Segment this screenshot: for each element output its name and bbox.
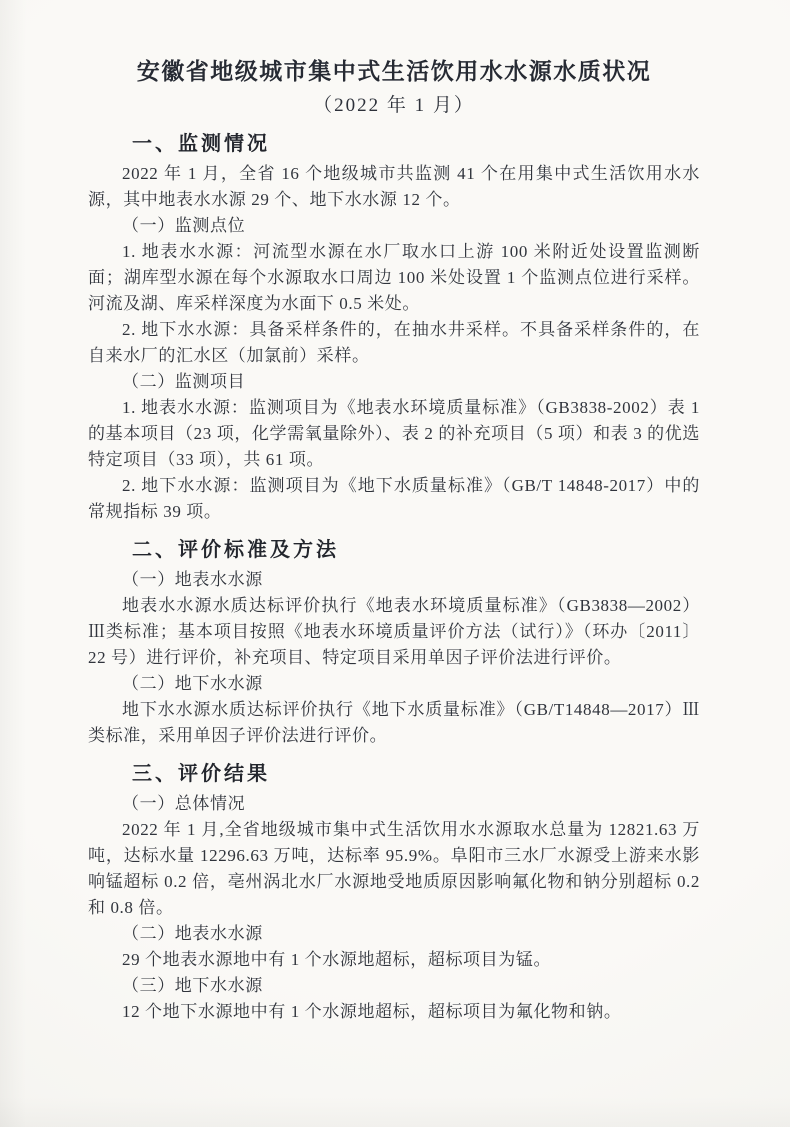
body-paragraph: 1. 地表水水源：河流型水源在水厂取水口上游 100 米附近处设置监测断面；湖库… <box>88 239 700 317</box>
sub-heading: （二）地表水水源 <box>88 921 700 947</box>
document-body: 一、监测情况2022 年 1 月，全省 16 个地级城市共监测 41 个在用集中… <box>88 131 700 1025</box>
body-paragraph: 2022 年 1 月,全省地级城市集中式生活饮用水水源取水总量为 12821.6… <box>88 817 700 921</box>
body-paragraph: 2022 年 1 月，全省 16 个地级城市共监测 41 个在用集中式生活饮用水… <box>88 161 700 213</box>
sub-heading: （三）地下水水源 <box>88 973 700 999</box>
body-paragraph: 地下水水源水质达标评价执行《地下水质量标准》（GB/T14848—2017）Ⅲ类… <box>88 697 700 749</box>
body-paragraph: 2. 地下水水源：监测项目为《地下水质量标准》（GB/T 14848-2017）… <box>88 473 700 525</box>
sub-heading: （二）地下水水源 <box>88 671 700 697</box>
sub-heading: （二）监测项目 <box>88 369 700 395</box>
scanned-document-page: 安徽省地级城市集中式生活饮用水水源水质状况 （2022 年 1 月） 一、监测情… <box>0 0 790 1127</box>
section-heading-2: 二、评价标准及方法 <box>88 537 700 563</box>
sub-heading: （一）总体情况 <box>88 791 700 817</box>
sub-heading: （一）地表水水源 <box>88 567 700 593</box>
body-paragraph: 12 个地下水源地中有 1 个水源地超标，超标项目为氟化物和钠。 <box>88 999 700 1025</box>
body-paragraph: 地表水水源水质达标评价执行《地表水环境质量标准》（GB3838—2002）Ⅲ类标… <box>88 593 700 671</box>
section-heading-1: 一、监测情况 <box>88 131 700 157</box>
body-paragraph: 2. 地下水水源：具备采样条件的，在抽水井采样。不具备采样条件的，在自来水厂的汇… <box>88 317 700 369</box>
body-paragraph: 29 个地表水源地中有 1 个水源地超标，超标项目为锰。 <box>88 947 700 973</box>
sub-heading: （一）监测点位 <box>88 213 700 239</box>
document-title: 安徽省地级城市集中式生活饮用水水源水质状况 <box>88 57 700 87</box>
body-paragraph: 1. 地表水水源：监测项目为《地表水环境质量标准》（GB3838-2002）表 … <box>88 395 700 473</box>
document-subtitle: （2022 年 1 月） <box>88 92 700 119</box>
section-heading-3: 三、评价结果 <box>88 761 700 787</box>
